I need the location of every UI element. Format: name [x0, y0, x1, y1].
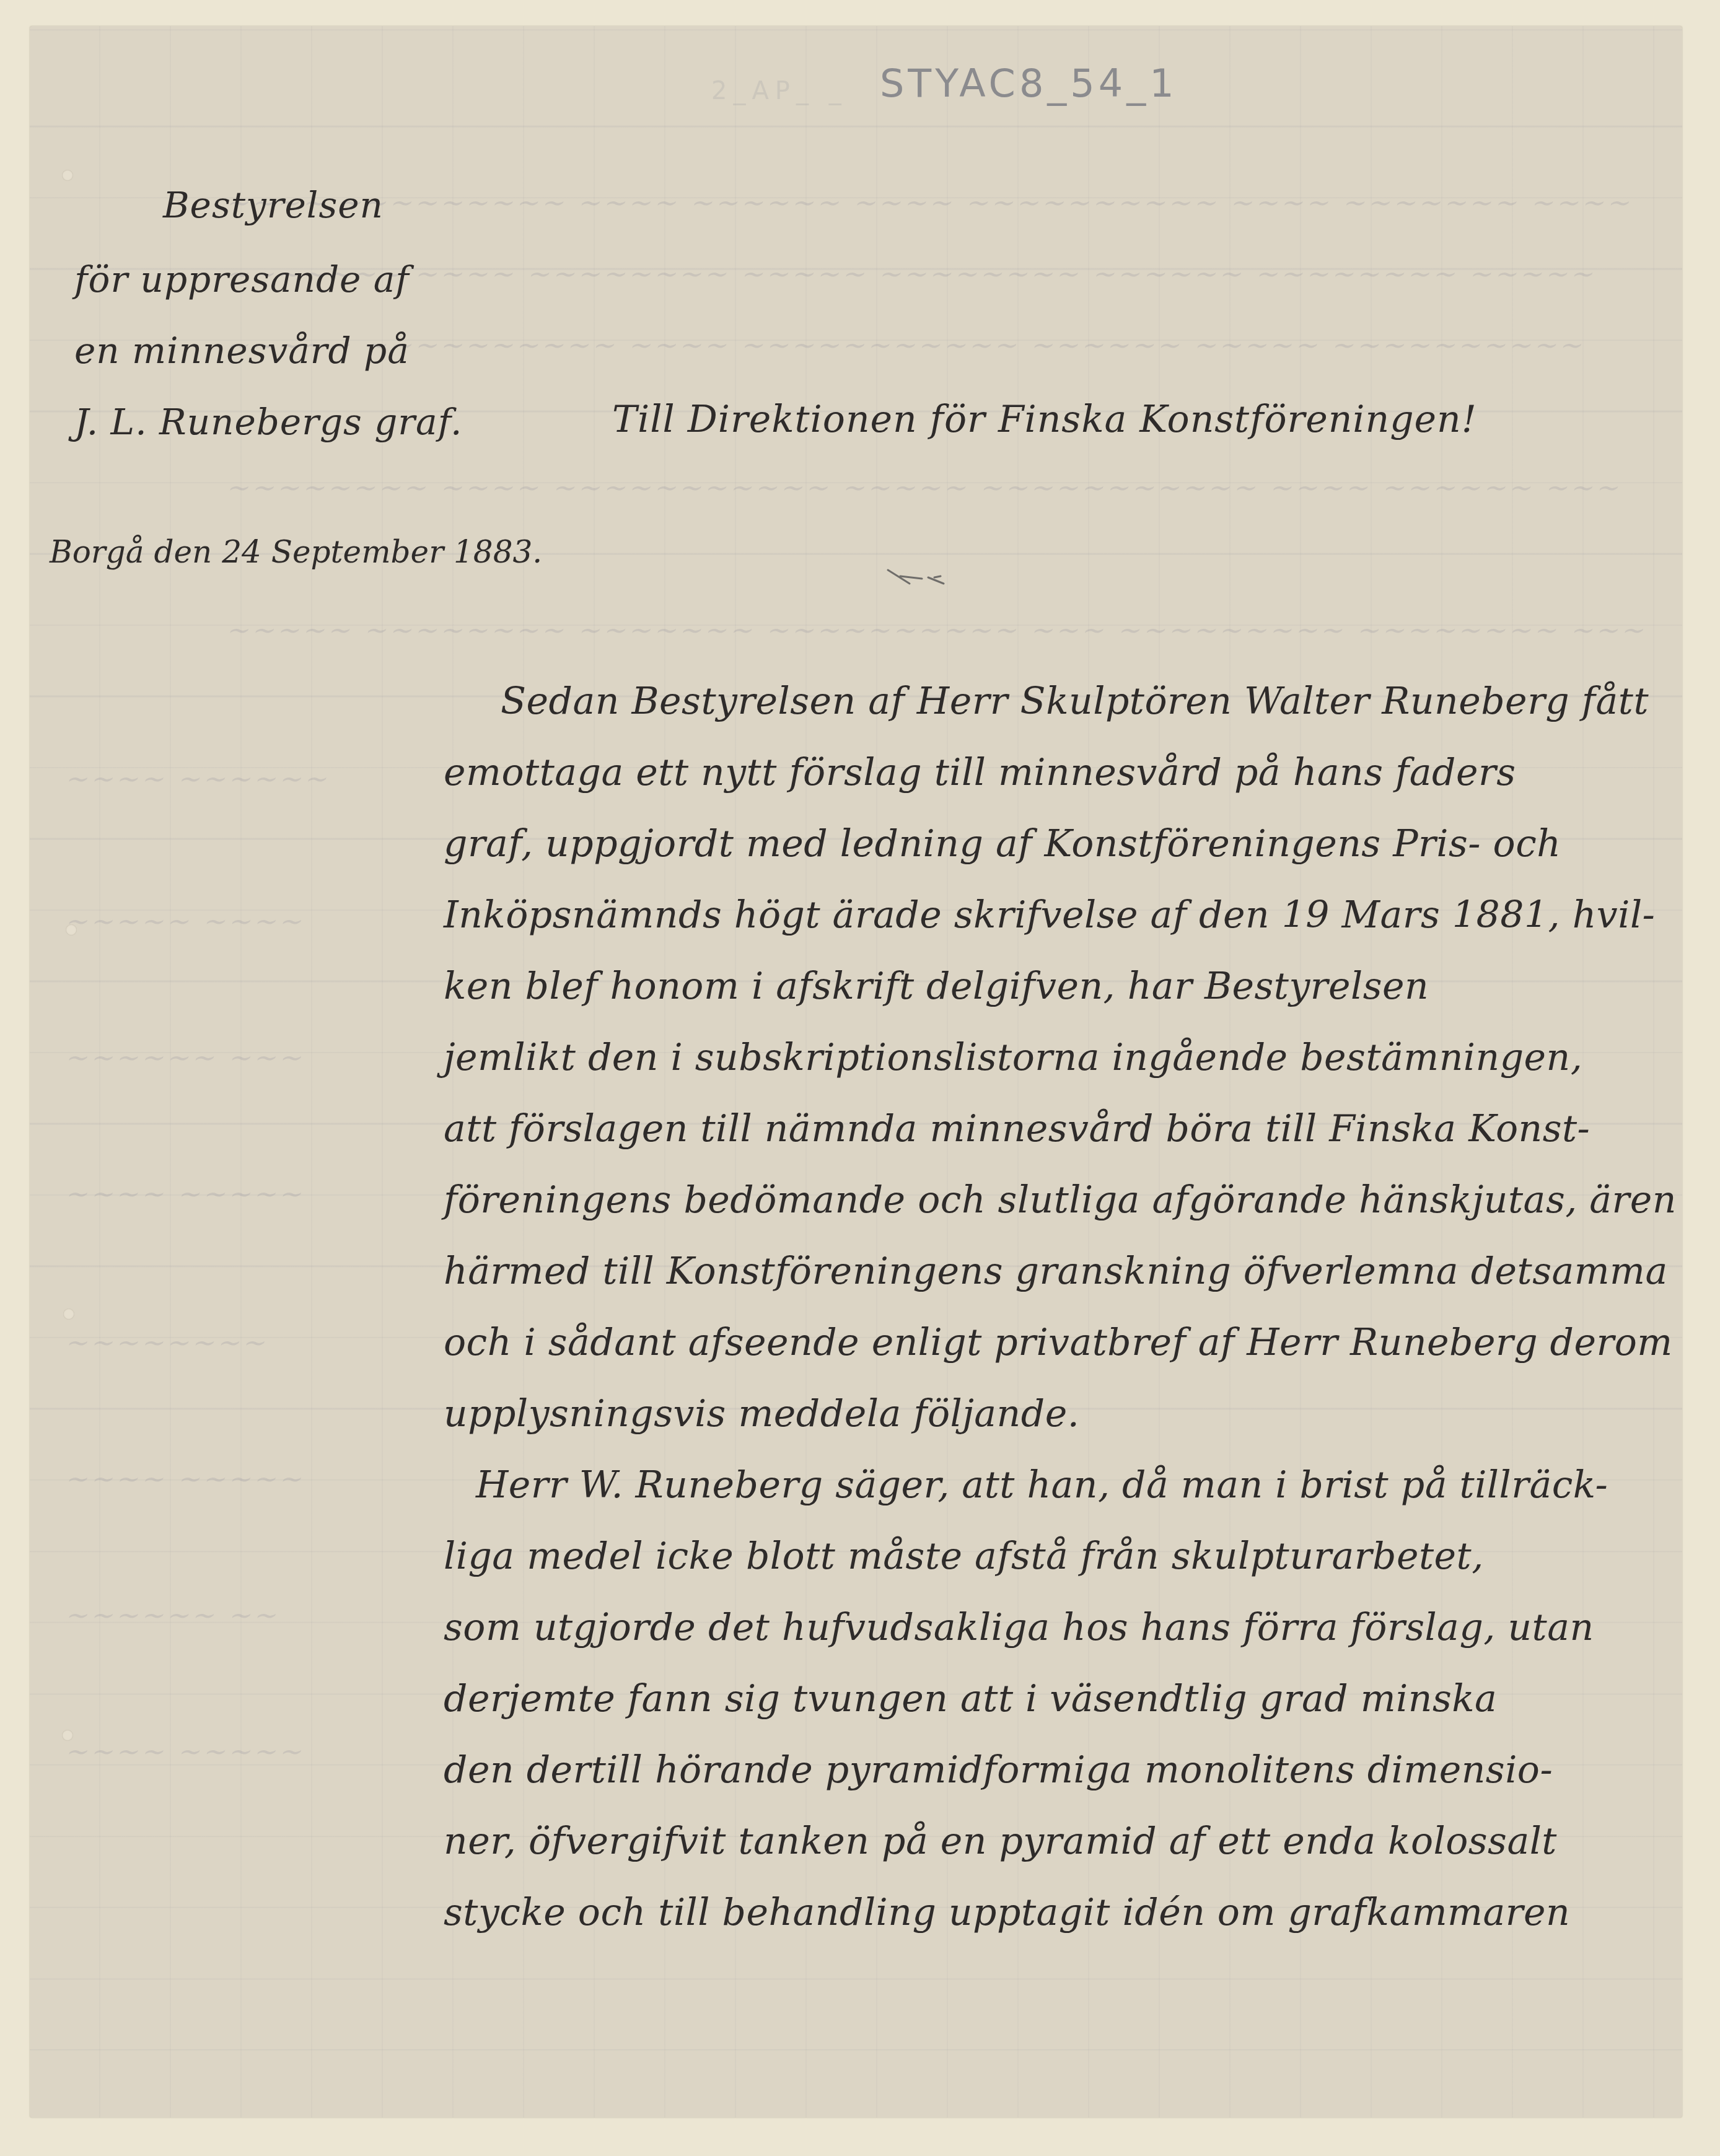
sender-line-2: för uppresande af — [74, 258, 410, 300]
manuscript-page: ~~~~ ~~~~~~~~~ ~~~~ ~~~~~~ ~~~~ ~~~~~~~~… — [30, 26, 1682, 2118]
bleed-through-text: ~~~~ ~~~~~~~~~ ~~~~ ~~~~~~ ~~~~ ~~~~~~~~… — [223, 187, 1639, 219]
archive-reference-mark: STYAC8_54_1 — [880, 61, 1178, 106]
body-line-3: graf, uppgjordt med ledning af Konstföre… — [444, 822, 1561, 865]
place-and-date: Borgå den 24 September 1883. — [50, 534, 542, 570]
faint-pencil-mark: 2_AP_ _ — [711, 77, 848, 105]
body-line-13: liga medel icke blott måste afstå från s… — [444, 1535, 1484, 1578]
body-line-17: ner, öfvergifvit tanken på en pyramid af… — [444, 1820, 1557, 1863]
body-line-5: ken blef honom i afskrift delgifven, har… — [444, 965, 1429, 1008]
body-line-1: Sedan Bestyrelsen af Herr Skulptören Wal… — [501, 680, 1649, 723]
body-line-18: stycke och till behandling upptagit idén… — [444, 1891, 1570, 1934]
body-line-12: Herr W. Runeberg säger, att han, då man … — [476, 1463, 1608, 1507]
margin-mark — [62, 1730, 73, 1741]
bleed-through-text: ~~~~ ~~~~~ — [62, 1463, 311, 1495]
body-line-6: jemlikt den i subskriptionslistorna ingå… — [444, 1036, 1582, 1079]
body-line-2: emottaga ett nytt förslag till minnesvår… — [444, 751, 1516, 794]
bleed-through-text: ~~~~~~ ~~~ — [62, 1042, 311, 1074]
bleed-through-text: ~~~~~~~ ~~~~ ~~~~~~~~ ~~~~~ ~~~~~~~~ ~~~… — [223, 258, 1603, 290]
bleed-through-text: ~~~~~~~~ — [62, 1327, 275, 1359]
pencil-scribble — [885, 565, 959, 590]
body-line-16: den dertill hörande pyramidformiga monol… — [444, 1748, 1553, 1792]
margin-mark — [66, 924, 77, 936]
body-line-7: att förslagen till nämnda minnesvård bör… — [444, 1107, 1590, 1150]
body-line-11: upplysningsvis meddela följande. — [444, 1392, 1079, 1435]
margin-mark — [62, 170, 73, 181]
bleed-through-text: ~~~~ ~~~~~~ — [62, 763, 336, 795]
body-line-8: föreningens bedömande och slutliga afgör… — [444, 1178, 1677, 1222]
body-line-14: som utgjorde det hufvudsakliga hos hans … — [444, 1606, 1594, 1649]
bleed-through-text: ~~~~~~ ~~ — [62, 1600, 286, 1631]
body-line-9: härmed till Konstföreningens granskning … — [444, 1250, 1668, 1293]
sender-line-3: en minnesvård på — [74, 330, 410, 372]
bleed-through-text: ~~~~~ ~~~~~~~~~~ ~~~~ ~~~~~~~~~~~ ~~~~~~… — [223, 330, 1592, 361]
body-line-10: och i sådant afseende enligt privatbref … — [444, 1321, 1673, 1364]
body-line-4: Inköpsnämnds högt ärade skrifvelse af de… — [444, 893, 1655, 937]
salutation: Till Direktionen för Finska Konstförenin… — [612, 398, 1477, 441]
bleed-through-text: ~~~~ ~~~~~ — [62, 1736, 311, 1768]
sender-line-4: J. L. Runebergs graf. — [74, 401, 463, 443]
margin-mark — [63, 1308, 74, 1320]
bleed-through-text: ~~~~~~~~ ~~~~ ~~~~~~~~~~~ ~~~~~ ~~~~~~~~… — [223, 472, 1628, 504]
bleed-through-text: ~~~~ ~~~~~ — [62, 1178, 311, 1210]
body-line-15: derjemte fann sig tvungen att i väsendtl… — [444, 1677, 1497, 1720]
sender-line-1: Bestyrelsen — [163, 184, 384, 226]
bleed-through-text: ~~~~~ ~~~~~~~~ ~~~~~~~ ~~~~~~~~~~ ~~~ ~~… — [223, 615, 1653, 646]
bleed-through-text: ~~~~~ ~~~~ — [62, 906, 311, 937]
